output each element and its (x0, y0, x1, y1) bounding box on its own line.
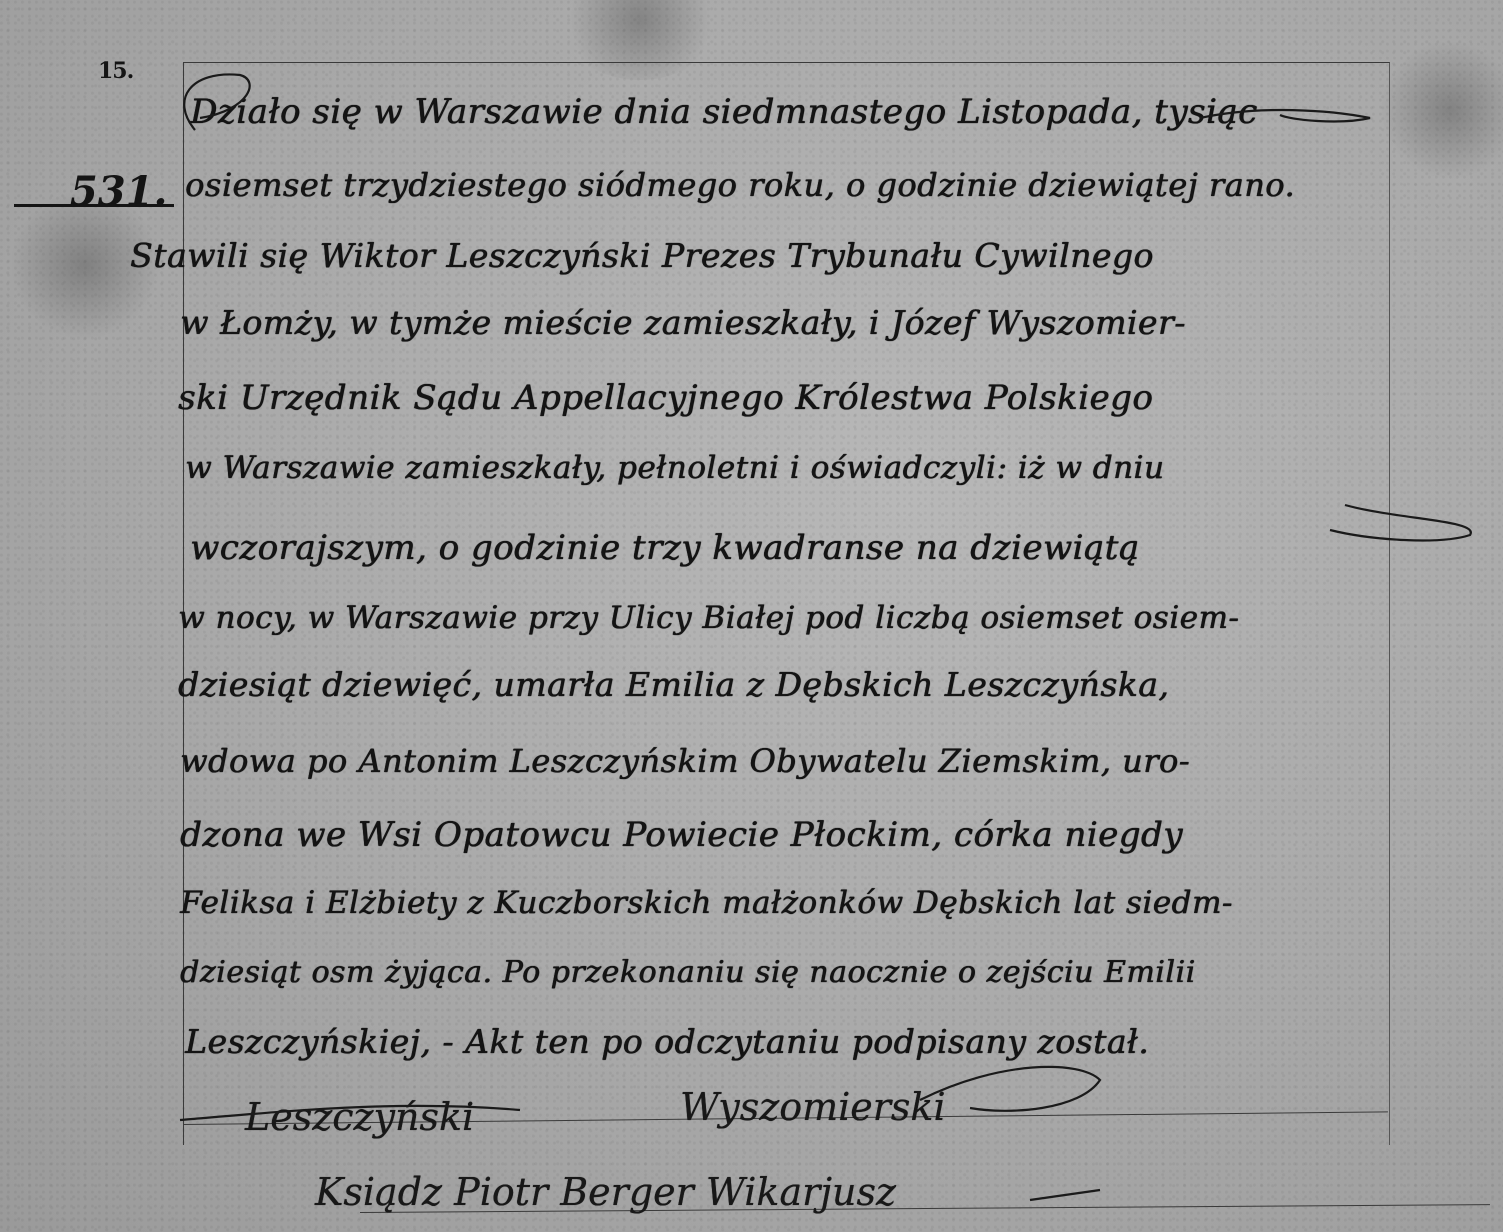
record-number-underline (14, 204, 174, 207)
text-line: ski Urzędnik Sądu Appellacyjnego Królest… (178, 378, 1153, 418)
text-line: dzona we Wsi Opatowcu Powiecie Płockim, … (180, 815, 1183, 855)
text-line: wczorajszym, o godzinie trzy kwadranse n… (190, 528, 1140, 568)
signature-declarant-1: Leszczyński (245, 1095, 474, 1139)
text-line: Leszczyńskiej, - Akt ten po odczytaniu p… (185, 1022, 1149, 1061)
text-line: w Warszawie zamieszkały, pełnoletni i oś… (185, 450, 1164, 486)
signature-officiant: Ksiądz Piotr Berger Wikarjusz (315, 1170, 896, 1214)
record-number: 531. (70, 168, 167, 215)
text-line: Feliksa i Elżbiety z Kuczborskich małżon… (180, 885, 1233, 921)
text-line: osiemset trzydziestego siódmego roku, o … (185, 166, 1295, 204)
signature-declarant-2: Wyszomierski (680, 1085, 946, 1129)
page-number: 15. (98, 58, 133, 84)
text-line: Działo się w Warszawie dnia siedmnastego… (190, 92, 1258, 132)
text-line: dziesiąt dziewięć, umarła Emilia z Dębsk… (178, 665, 1169, 704)
paper-stain (1380, 40, 1503, 180)
text-line: Stawili się Wiktor Leszczyński Prezes Tr… (130, 236, 1154, 275)
text-line: w Łomży, w tymże mieście zamieszkały, i … (180, 303, 1186, 342)
text-line: w nocy, w Warszawie przy Ulicy Białej po… (178, 600, 1239, 636)
text-line: wdowa po Antonim Leszczyńskim Obywatelu … (180, 742, 1190, 780)
text-line: dziesiąt osm żyjąca. Po przekonaniu się … (180, 955, 1196, 990)
